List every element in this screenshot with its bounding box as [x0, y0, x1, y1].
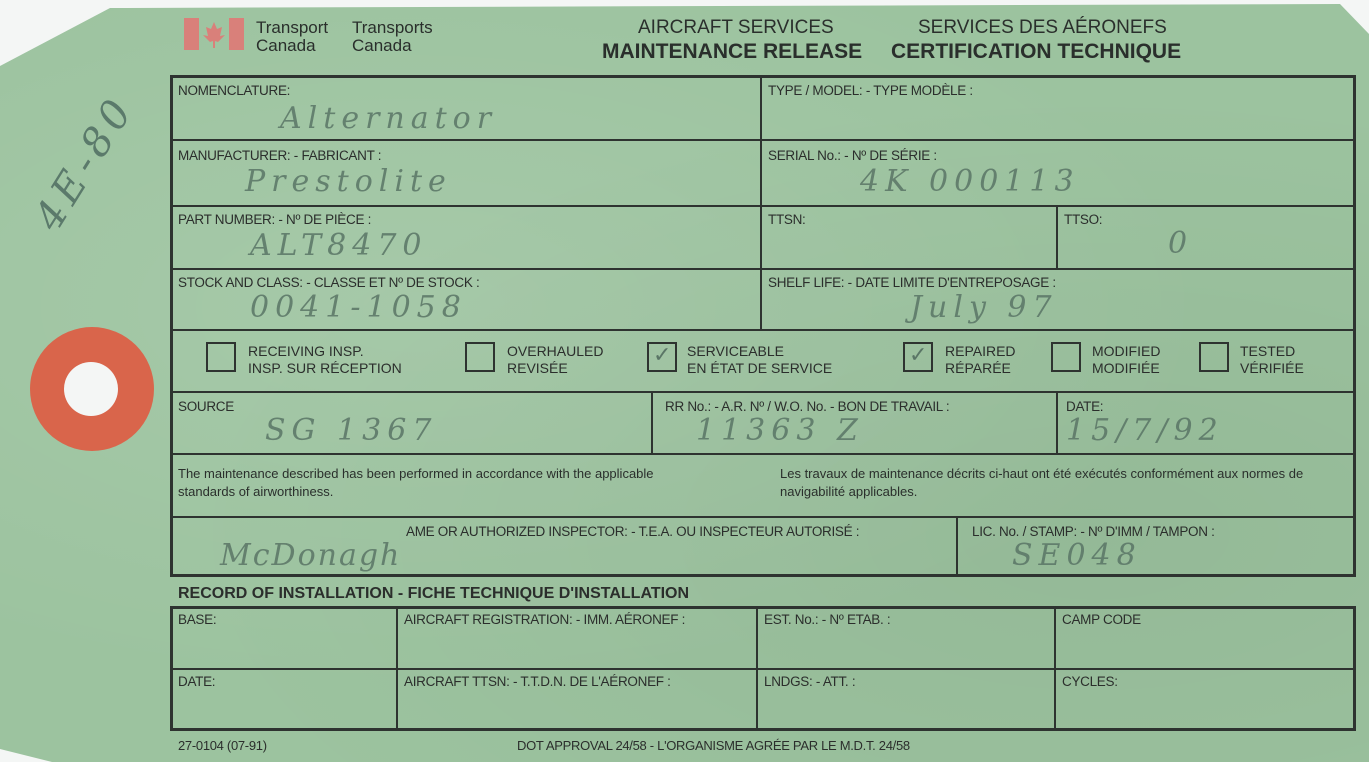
checkbox-repaired-label: REPAIREDRÉPARÉE	[945, 343, 1016, 377]
agency-en-line1: Transport	[256, 19, 328, 37]
field-ttso[interactable]: TTSO: 0	[1056, 206, 1356, 270]
agency-en: Transport Canada	[256, 19, 328, 55]
install-base-label: BASE:	[178, 612, 216, 627]
dot-approval: DOT APPROVAL 24/58 - L'ORGANISME AGRÉE P…	[517, 738, 910, 753]
agency-en-line2: Canada	[256, 37, 328, 55]
install-aircraft-registration[interactable]: AIRCRAFT REGISTRATION: - IMM. AÉRONEF :	[396, 606, 758, 670]
checkbox-receiving-insp[interactable]	[206, 342, 236, 372]
ttso-label: TTSO:	[1064, 212, 1102, 227]
field-nomenclature[interactable]: NOMENCLATURE: Alternator	[170, 75, 762, 141]
type-model-label: TYPE / MODEL: - TYPE MODÈLE :	[768, 83, 973, 98]
checkbox-receiving-insp-label: RECEIVING INSP.INSP. SUR RÉCEPTION	[248, 343, 402, 377]
manufacturer-label: MANUFACTURER: - FABRICANT :	[178, 148, 381, 163]
stock-class-label: STOCK AND CLASS: - CLASSE ET Nº DE STOCK…	[178, 275, 479, 290]
field-ttsn[interactable]: TTSN:	[760, 206, 1058, 270]
field-source[interactable]: SOURCE SG 1367	[170, 391, 653, 455]
install-date[interactable]: DATE:	[170, 668, 398, 731]
part-number-label: PART NUMBER: - Nº DE PIÈCE :	[178, 212, 371, 227]
agency-fr-line1: Transports	[352, 19, 433, 37]
install-landings[interactable]: LNDGS: - ATT. :	[756, 668, 1056, 731]
statement-fr: Les travaux de maintenance décrits ci-ha…	[780, 465, 1340, 501]
rr-no-label: RR No.: - A.R. Nº / W.O. No. - BON DE TR…	[665, 399, 949, 414]
statement-en: The maintenance described has been perfo…	[178, 465, 678, 501]
source-value: SG 1367	[265, 413, 437, 448]
stock-class-value: 0041-1058	[250, 290, 467, 325]
checkbox-serviceable[interactable]: ✓	[647, 342, 677, 372]
agency-fr: Transports Canada	[352, 19, 433, 55]
serial-value: 4K 000113	[860, 164, 1080, 199]
checkbox-repaired[interactable]: ✓	[903, 342, 933, 372]
inspector-signature: McDonagh	[220, 538, 401, 573]
install-base[interactable]: BASE:	[170, 606, 398, 670]
field-license-stamp[interactable]: LIC. No. / STAMP: - Nº D'IMM / TAMPON : …	[956, 516, 1356, 577]
install-est-no-label: EST. No.: - Nº ETAB. :	[764, 612, 890, 627]
rr-no-value: 11363 Z	[696, 413, 864, 448]
check-mark-icon: ✓	[653, 342, 671, 368]
checkbox-overhauled[interactable]	[465, 342, 495, 372]
service-fr: SERVICES DES AÉRONEFS	[918, 17, 1167, 39]
inspector-label: AME OR AUTHORIZED INSPECTOR: - T.E.A. OU…	[406, 524, 859, 539]
grommet-hole	[64, 362, 118, 416]
checkbox-modified[interactable]	[1051, 342, 1081, 372]
field-part-number[interactable]: PART NUMBER: - Nº DE PIÈCE : ALT8470	[170, 206, 762, 270]
install-aircraft-ttsn[interactable]: AIRCRAFT TTSN: - T.T.D.N. DE L'AÉRONEF :	[396, 668, 758, 731]
license-label: LIC. No. / STAMP: - Nº D'IMM / TAMPON :	[972, 524, 1215, 539]
service-en: AIRCRAFT SERVICES	[638, 17, 834, 39]
install-camp-code-label: CAMP CODE	[1062, 612, 1141, 627]
install-aircraft-ttsn-label: AIRCRAFT TTSN: - T.T.D.N. DE L'AÉRONEF :	[404, 674, 671, 689]
install-cycles-label: CYCLES:	[1062, 674, 1118, 689]
field-manufacturer[interactable]: MANUFACTURER: - FABRICANT : Prestolite	[170, 140, 762, 207]
install-est-no[interactable]: EST. No.: - Nº ETAB. :	[756, 606, 1056, 670]
install-landings-label: LNDGS: - ATT. :	[764, 674, 855, 689]
source-label: SOURCE	[178, 399, 234, 414]
agency-fr-line2: Canada	[352, 37, 433, 55]
install-cycles[interactable]: CYCLES:	[1054, 668, 1356, 731]
serial-label: SERIAL No.: - Nº DE SÉRIE :	[768, 148, 937, 163]
tag-grommet	[30, 327, 154, 451]
checkbox-tested-label: TESTEDVÉRIFIÉE	[1240, 343, 1304, 377]
checkbox-serviceable-label: SERVICEABLEEN ÉTAT DE SERVICE	[687, 343, 832, 377]
checkbox-tested[interactable]	[1199, 342, 1229, 372]
shelf-life-label: SHELF LIFE: - DATE LIMITE D'ENTREPOSAGE …	[768, 275, 1056, 290]
title-fr: CERTIFICATION TECHNIQUE	[891, 40, 1181, 64]
certification-statement: The maintenance described has been perfo…	[170, 453, 1356, 518]
date-label: DATE:	[1066, 399, 1103, 414]
canada-flag-icon	[184, 18, 244, 50]
form-number: 27-0104 (07-91)	[178, 738, 267, 753]
field-rr-no[interactable]: RR No.: - A.R. Nº / W.O. No. - BON DE TR…	[651, 391, 1058, 455]
nomenclature-label: NOMENCLATURE:	[178, 83, 290, 98]
field-type-model[interactable]: TYPE / MODEL: - TYPE MODÈLE :	[760, 75, 1356, 141]
part-number-value: ALT8470	[250, 228, 428, 263]
field-shelf-life[interactable]: SHELF LIFE: - DATE LIMITE D'ENTREPOSAGE …	[760, 268, 1356, 331]
install-date-label: DATE:	[178, 674, 215, 689]
install-registration-label: AIRCRAFT REGISTRATION: - IMM. AÉRONEF :	[404, 612, 685, 627]
license-value: SE048	[1012, 538, 1142, 573]
ttsn-label: TTSN:	[768, 212, 806, 227]
checkbox-overhauled-label: OVERHAULEDREVISÉE	[507, 343, 603, 377]
title-en: MAINTENANCE RELEASE	[602, 40, 862, 64]
shelf-life-value: July 97	[910, 290, 1058, 325]
ttso-value: 0	[1168, 226, 1193, 261]
install-camp-code[interactable]: CAMP CODE	[1054, 606, 1356, 670]
manufacturer-value: Prestolite	[245, 164, 452, 199]
check-mark-icon: ✓	[909, 342, 927, 368]
field-stock-class[interactable]: STOCK AND CLASS: - CLASSE ET Nº DE STOCK…	[170, 268, 762, 331]
field-serial[interactable]: SERIAL No.: - Nº DE SÉRIE : 4K 000113	[760, 140, 1356, 207]
field-date[interactable]: DATE: 15/7/92	[1056, 391, 1356, 455]
installation-title: RECORD OF INSTALLATION - FICHE TECHNIQUE…	[178, 585, 689, 603]
date-value: 15/7/92	[1066, 413, 1224, 448]
field-inspector-signature[interactable]: AME OR AUTHORIZED INSPECTOR: - T.E.A. OU…	[170, 516, 958, 577]
checkbox-modified-label: MODIFIEDMODIFIÉE	[1092, 343, 1160, 377]
nomenclature-value: Alternator	[280, 101, 497, 136]
